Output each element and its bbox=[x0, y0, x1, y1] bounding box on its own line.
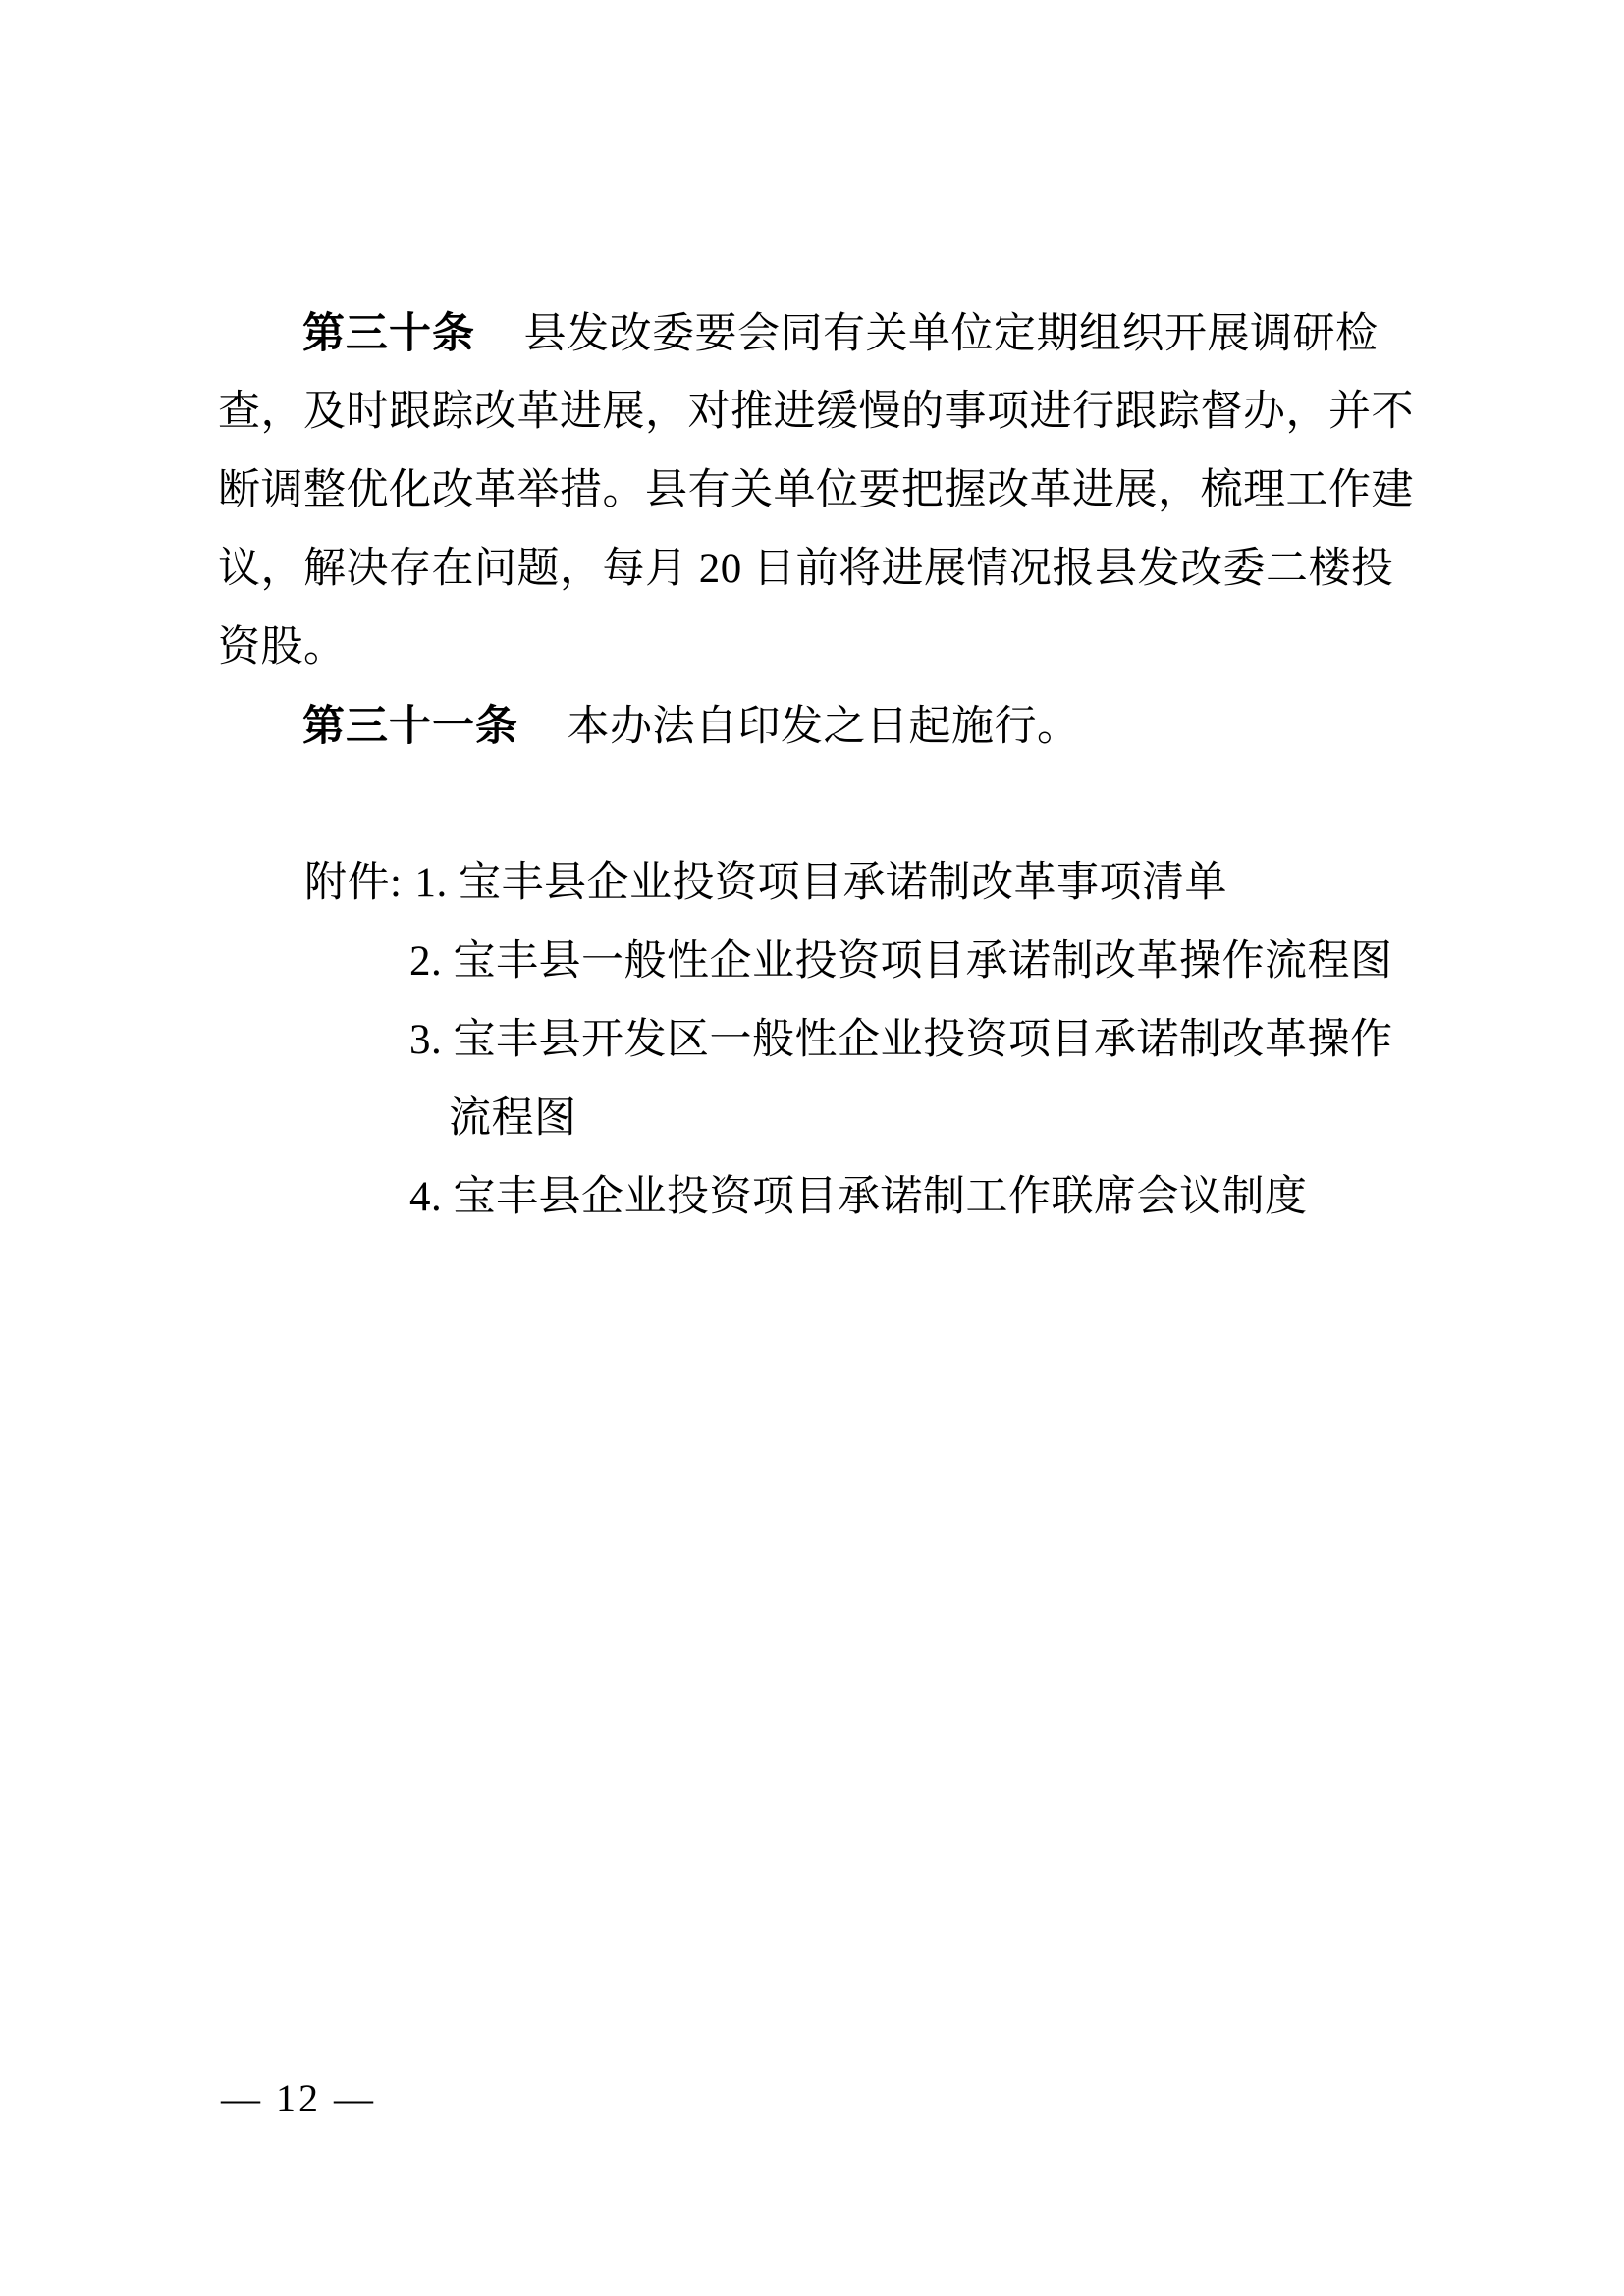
article-30-line-5: 资股。 bbox=[218, 609, 1465, 687]
attachments-label: 附件: bbox=[304, 860, 402, 906]
article-31-line-1: 第三十一条 本办法自印发之日起施行。 bbox=[218, 687, 1465, 766]
article-31-heading: 第三十一条 bbox=[302, 703, 518, 750]
article-30-heading: 第三十条 bbox=[302, 310, 475, 357]
article-30-line-1-text: 县发改委要会同有关单位定期组织开展调研检 bbox=[481, 311, 1379, 357]
attachment-item-3-line-1: 3. 宝丰县开发区一般性企业投资项目承诺制改革操作 bbox=[218, 1001, 1465, 1080]
article-31-line-1-text: 本办法自印发之日起施行。 bbox=[524, 704, 1080, 750]
document-body: 第三十条 县发改委要会同有关单位定期组织开展调研检 查，及时跟踪改革进展，对推进… bbox=[218, 294, 1465, 1237]
article-30-line-2: 查，及时跟踪改革进展，对推进缓慢的事项进行跟踪督办，并不 bbox=[218, 373, 1465, 452]
page-number: — 12 — bbox=[221, 2073, 376, 2124]
attachments-line-1: 附件:1. 宝丰县企业投资项目承诺制改革事项清单 bbox=[218, 844, 1465, 923]
article-30-line-1: 第三十条 县发改委要会同有关单位定期组织开展调研检 bbox=[218, 294, 1465, 373]
article-30-line-3: 断调整优化改革举措。县有关单位要把握改革进展，梳理工作建 bbox=[218, 452, 1465, 530]
paragraph-spacer bbox=[218, 766, 1465, 844]
attachment-item-2: 2. 宝丰县一般性企业投资项目承诺制改革操作流程图 bbox=[218, 923, 1465, 1001]
attachment-item-4: 4. 宝丰县企业投资项目承诺制工作联席会议制度 bbox=[218, 1158, 1465, 1237]
document-page: 第三十条 县发改委要会同有关单位定期组织开展调研检 查，及时跟踪改革进展，对推进… bbox=[0, 0, 1624, 2296]
article-30-line-4: 议，解决存在问题，每月 20 日前将进展情况报县发改委二楼投 bbox=[218, 530, 1465, 609]
attachment-item-3-line-2: 流程图 bbox=[218, 1080, 1465, 1158]
attachment-item-1: 1. 宝丰县企业投资项目承诺制改革事项清单 bbox=[414, 860, 1227, 906]
